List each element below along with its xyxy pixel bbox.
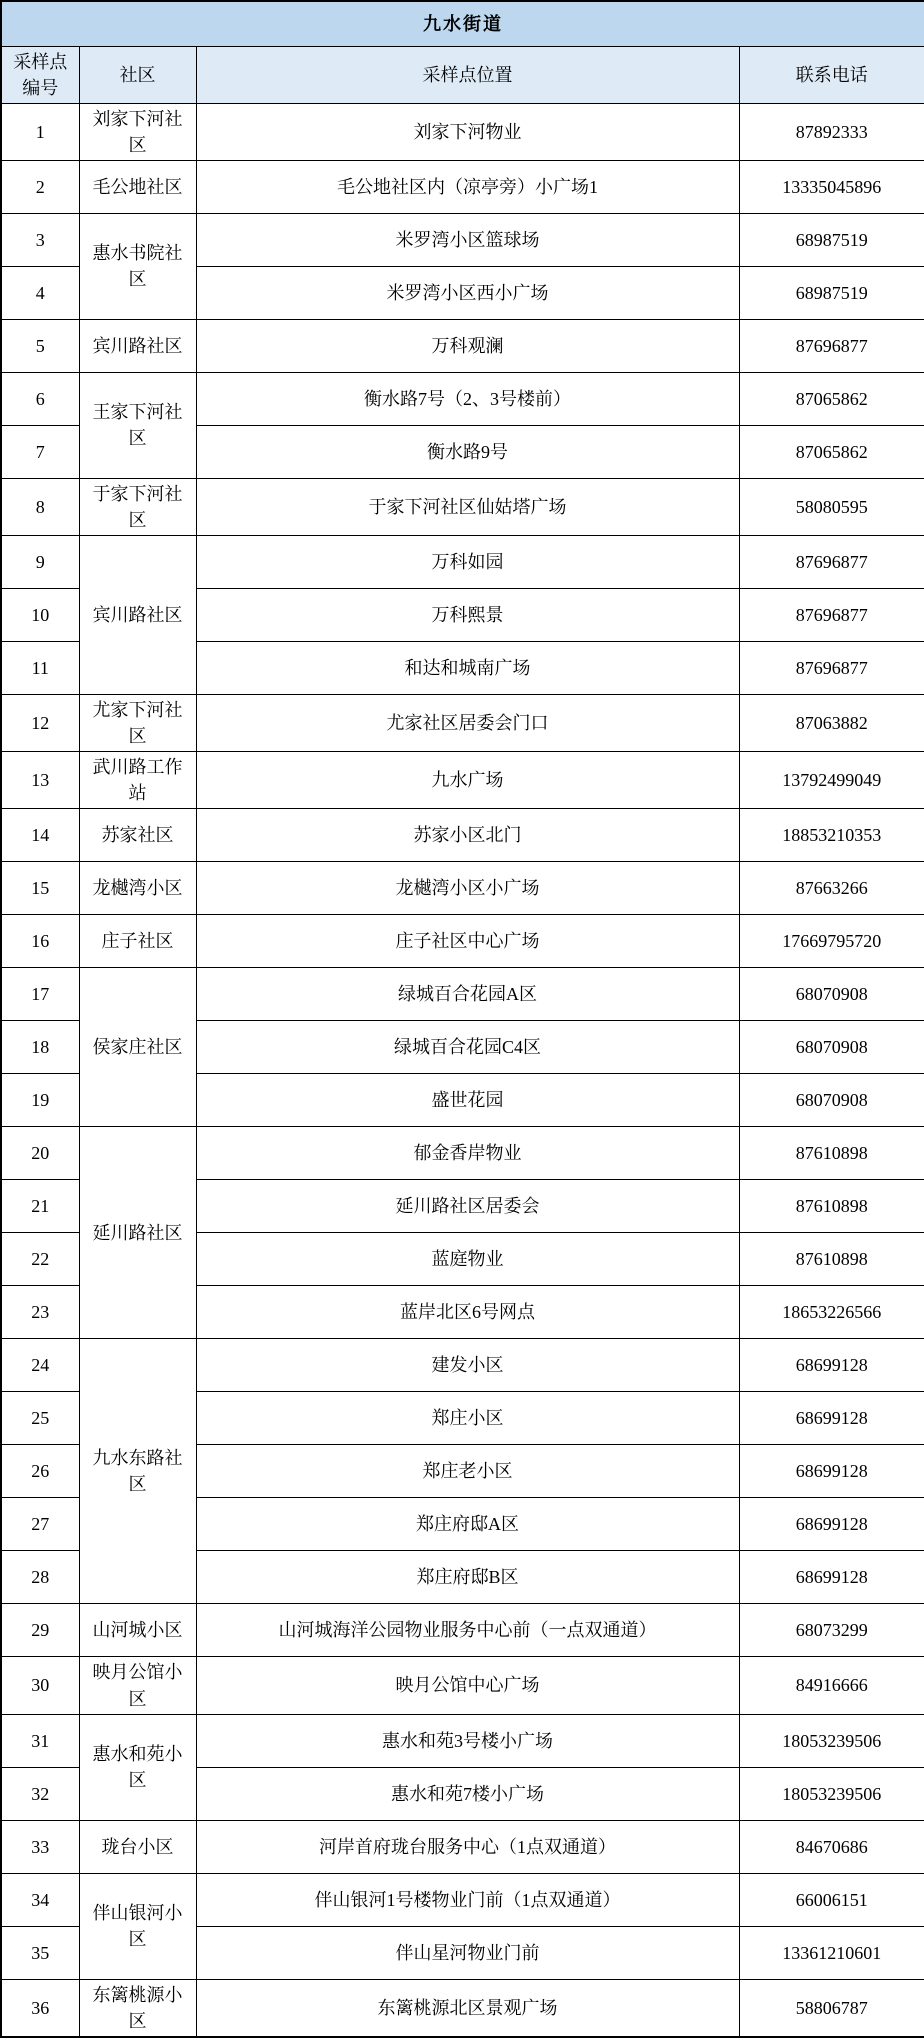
phone-cell: 68699128 (739, 1445, 924, 1498)
phone-cell: 87696877 (739, 642, 924, 695)
column-header-3: 采样点位置 (196, 46, 739, 103)
phone-cell: 87610898 (739, 1127, 924, 1180)
phone-cell: 68070908 (739, 968, 924, 1021)
location-cell: 尤家社区居委会门口 (196, 695, 739, 752)
location-cell: 万科如园 (196, 536, 739, 589)
phone-cell: 87663266 (739, 862, 924, 915)
table-title: 九水街道 (1, 1, 924, 46)
sampling-point-number: 10 (1, 589, 79, 642)
table-row: 30映月公馆小区映月公馆中心广场84916666 (1, 1657, 924, 1714)
community-cell: 宾川路社区 (79, 319, 196, 372)
location-cell: 盛世花园 (196, 1074, 739, 1127)
location-cell: 毛公地社区内（凉亭旁）小广场1 (196, 160, 739, 213)
phone-cell: 87610898 (739, 1233, 924, 1286)
sampling-point-number: 15 (1, 862, 79, 915)
table-row: 36东篱桃源小区东篱桃源北区景观广场58806787 (1, 1979, 924, 2037)
phone-cell: 68699128 (739, 1339, 924, 1392)
community-cell: 毛公地社区 (79, 160, 196, 213)
community-cell: 山河城小区 (79, 1604, 196, 1657)
sampling-point-number: 19 (1, 1074, 79, 1127)
location-cell: 映月公馆中心广场 (196, 1657, 739, 1714)
location-cell: 延川路社区居委会 (196, 1180, 739, 1233)
table-row: 24九水东路社区建发小区68699128 (1, 1339, 924, 1392)
table-row: 33珑台小区河岸首府珑台服务中心（1点双通道）84670686 (1, 1820, 924, 1873)
location-cell: 米罗湾小区西小广场 (196, 266, 739, 319)
table-row: 13武川路工作站九水广场13792499049 (1, 752, 924, 809)
sampling-point-number: 3 (1, 213, 79, 266)
sampling-point-number: 23 (1, 1286, 79, 1339)
phone-cell: 87892333 (739, 103, 924, 160)
location-cell: 米罗湾小区篮球场 (196, 213, 739, 266)
community-cell: 映月公馆小区 (79, 1657, 196, 1714)
page: 九水街道 采样点编号社区采样点位置联系电话 1刘家下河社区刘家下河物业87892… (0, 0, 924, 2038)
location-cell: 郑庄小区 (196, 1392, 739, 1445)
location-cell: 苏家小区北门 (196, 809, 739, 862)
phone-cell: 68699128 (739, 1551, 924, 1604)
table-row: 9宾川路社区万科如园87696877 (1, 536, 924, 589)
phone-cell: 13361210601 (739, 1926, 924, 1979)
phone-cell: 68987519 (739, 266, 924, 319)
sampling-point-number: 30 (1, 1657, 79, 1714)
phone-cell: 87610898 (739, 1180, 924, 1233)
phone-cell: 87696877 (739, 536, 924, 589)
sampling-point-number: 26 (1, 1445, 79, 1498)
phone-cell: 68699128 (739, 1392, 924, 1445)
location-cell: 万科观澜 (196, 319, 739, 372)
table-row: 34伴山银河小区伴山银河1号楼物业门前（1点双通道）66006151 (1, 1873, 924, 1926)
location-cell: 郁金香岸物业 (196, 1127, 739, 1180)
sampling-point-number: 24 (1, 1339, 79, 1392)
phone-cell: 18053239506 (739, 1714, 924, 1767)
community-cell: 伴山银河小区 (79, 1873, 196, 1979)
sampling-point-number: 18 (1, 1021, 79, 1074)
sampling-point-number: 17 (1, 968, 79, 1021)
table-row: 17侯家庄社区绿城百合花园A区68070908 (1, 968, 924, 1021)
community-cell: 庄子社区 (79, 915, 196, 968)
phone-cell: 87065862 (739, 425, 924, 478)
phone-cell: 87065862 (739, 372, 924, 425)
community-cell: 刘家下河社区 (79, 103, 196, 160)
sampling-point-number: 27 (1, 1498, 79, 1551)
phone-cell: 66006151 (739, 1873, 924, 1926)
sampling-point-number: 20 (1, 1127, 79, 1180)
sampling-point-number: 34 (1, 1873, 79, 1926)
table-row: 2毛公地社区毛公地社区内（凉亭旁）小广场113335045896 (1, 160, 924, 213)
sampling-point-number: 35 (1, 1926, 79, 1979)
sampling-points-table: 九水街道 采样点编号社区采样点位置联系电话 1刘家下河社区刘家下河物业87892… (0, 0, 924, 2038)
location-cell: 衡水路7号（2、3号楼前） (196, 372, 739, 425)
sampling-point-number: 29 (1, 1604, 79, 1657)
location-cell: 万科熙景 (196, 589, 739, 642)
location-cell: 建发小区 (196, 1339, 739, 1392)
sampling-point-number: 13 (1, 752, 79, 809)
phone-cell: 18653226566 (739, 1286, 924, 1339)
phone-cell: 84916666 (739, 1657, 924, 1714)
sampling-point-number: 33 (1, 1820, 79, 1873)
community-cell: 于家下河社区 (79, 478, 196, 535)
phone-cell: 87696877 (739, 589, 924, 642)
phone-cell: 84670686 (739, 1820, 924, 1873)
community-cell: 惠水书院社区 (79, 213, 196, 319)
location-cell: 刘家下河物业 (196, 103, 739, 160)
column-header-row: 采样点编号社区采样点位置联系电话 (1, 46, 924, 103)
community-cell: 宾川路社区 (79, 536, 196, 695)
sampling-point-number: 6 (1, 372, 79, 425)
phone-cell: 13792499049 (739, 752, 924, 809)
sampling-point-number: 25 (1, 1392, 79, 1445)
location-cell: 庄子社区中心广场 (196, 915, 739, 968)
table-row: 16庄子社区庄子社区中心广场17669795720 (1, 915, 924, 968)
sampling-point-number: 31 (1, 1714, 79, 1767)
table-row: 20延川路社区郁金香岸物业87610898 (1, 1127, 924, 1180)
community-cell: 苏家社区 (79, 809, 196, 862)
column-header-1: 采样点编号 (1, 46, 79, 103)
location-cell: 于家下河社区仙姑塔广场 (196, 478, 739, 535)
location-cell: 蓝庭物业 (196, 1233, 739, 1286)
community-cell: 王家下河社区 (79, 372, 196, 478)
phone-cell: 87696877 (739, 319, 924, 372)
phone-cell: 87063882 (739, 695, 924, 752)
location-cell: 绿城百合花园C4区 (196, 1021, 739, 1074)
community-cell: 珑台小区 (79, 1820, 196, 1873)
location-cell: 九水广场 (196, 752, 739, 809)
sampling-point-number: 28 (1, 1551, 79, 1604)
table-row: 1刘家下河社区刘家下河物业87892333 (1, 103, 924, 160)
location-cell: 伴山星河物业门前 (196, 1926, 739, 1979)
community-cell: 龙樾湾小区 (79, 862, 196, 915)
phone-cell: 18853210353 (739, 809, 924, 862)
table-row: 12尤家下河社区尤家社区居委会门口87063882 (1, 695, 924, 752)
sampling-point-number: 21 (1, 1180, 79, 1233)
sampling-point-number: 4 (1, 266, 79, 319)
column-header-4: 联系电话 (739, 46, 924, 103)
phone-cell: 58806787 (739, 1979, 924, 2037)
phone-cell: 17669795720 (739, 915, 924, 968)
location-cell: 郑庄府邸B区 (196, 1551, 739, 1604)
sampling-point-number: 5 (1, 319, 79, 372)
community-cell: 侯家庄社区 (79, 968, 196, 1127)
phone-cell: 68987519 (739, 213, 924, 266)
sampling-point-number: 7 (1, 425, 79, 478)
sampling-point-number: 32 (1, 1767, 79, 1820)
community-cell: 延川路社区 (79, 1127, 196, 1339)
location-cell: 绿城百合花园A区 (196, 968, 739, 1021)
phone-cell: 58080595 (739, 478, 924, 535)
phone-cell: 18053239506 (739, 1767, 924, 1820)
table-row: 31惠水和苑小区惠水和苑3号楼小广场18053239506 (1, 1714, 924, 1767)
table-title-row: 九水街道 (1, 1, 924, 46)
sampling-point-number: 11 (1, 642, 79, 695)
location-cell: 东篱桃源北区景观广场 (196, 1979, 739, 2037)
table-row: 8于家下河社区于家下河社区仙姑塔广场58080595 (1, 478, 924, 535)
location-cell: 惠水和苑3号楼小广场 (196, 1714, 739, 1767)
phone-cell: 68699128 (739, 1498, 924, 1551)
phone-cell: 68073299 (739, 1604, 924, 1657)
table-row: 14苏家社区苏家小区北门18853210353 (1, 809, 924, 862)
table-row: 15龙樾湾小区龙樾湾小区小广场87663266 (1, 862, 924, 915)
phone-cell: 68070908 (739, 1074, 924, 1127)
sampling-point-number: 2 (1, 160, 79, 213)
sampling-point-number: 14 (1, 809, 79, 862)
sampling-point-number: 12 (1, 695, 79, 752)
location-cell: 伴山银河1号楼物业门前（1点双通道） (196, 1873, 739, 1926)
community-cell: 武川路工作站 (79, 752, 196, 809)
location-cell: 郑庄老小区 (196, 1445, 739, 1498)
location-cell: 衡水路9号 (196, 425, 739, 478)
community-cell: 东篱桃源小区 (79, 1979, 196, 2037)
location-cell: 郑庄府邸A区 (196, 1498, 739, 1551)
sampling-point-number: 36 (1, 1979, 79, 2037)
community-cell: 九水东路社区 (79, 1339, 196, 1604)
table-row: 29山河城小区山河城海洋公园物业服务中心前（一点双通道）68073299 (1, 1604, 924, 1657)
table-row: 3惠水书院社区米罗湾小区篮球场68987519 (1, 213, 924, 266)
phone-cell: 68070908 (739, 1021, 924, 1074)
table-row: 5宾川路社区万科观澜87696877 (1, 319, 924, 372)
location-cell: 河岸首府珑台服务中心（1点双通道） (196, 1820, 739, 1873)
sampling-point-number: 16 (1, 915, 79, 968)
sampling-point-number: 9 (1, 536, 79, 589)
community-cell: 尤家下河社区 (79, 695, 196, 752)
sampling-point-number: 1 (1, 103, 79, 160)
community-cell: 惠水和苑小区 (79, 1714, 196, 1820)
location-cell: 龙樾湾小区小广场 (196, 862, 739, 915)
location-cell: 蓝岸北区6号网点 (196, 1286, 739, 1339)
phone-cell: 13335045896 (739, 160, 924, 213)
sampling-point-number: 22 (1, 1233, 79, 1286)
sampling-point-number: 8 (1, 478, 79, 535)
column-header-2: 社区 (79, 46, 196, 103)
location-cell: 和达和城南广场 (196, 642, 739, 695)
location-cell: 惠水和苑7楼小广场 (196, 1767, 739, 1820)
location-cell: 山河城海洋公园物业服务中心前（一点双通道） (196, 1604, 739, 1657)
table-row: 6王家下河社区衡水路7号（2、3号楼前）87065862 (1, 372, 924, 425)
